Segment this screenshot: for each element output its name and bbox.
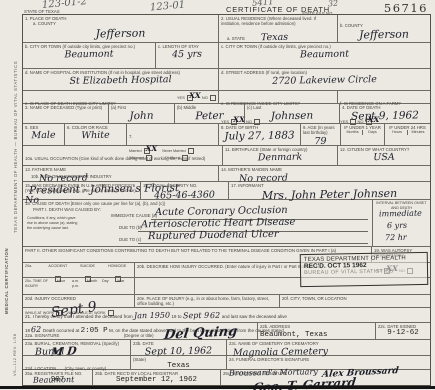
field-value: Peter [177, 110, 242, 123]
field-3b-middle-name: (b) Middle Peter [175, 104, 245, 123]
field-label: 24. FUNERAL DIRECTOR'S SIGNATURE [229, 357, 428, 362]
checkbox-no [210, 95, 216, 101]
certification-statement-row: Sept 9 21. I hereby certify that I atten… [23, 308, 430, 323]
field-label: 10a. USUAL OCCUPATION (Give kind of work… [25, 156, 205, 161]
pencil-note-2: 123-01 [150, 0, 186, 14]
field-10-occupation: 10a. USUAL OCCUPATION (Give kind of work… [23, 146, 223, 165]
field-label: 3. NAME OF DECEASED (Type or print) [25, 105, 106, 110]
conditions-note: Conditions, if any, which gave rise to a… [27, 216, 81, 230]
hours-label: Hours [387, 130, 408, 135]
field-2b-county: b. COUNTY Jefferson [338, 15, 430, 42]
interval-c: 72 hr [385, 233, 407, 242]
physician-row: 22a. SIGNATURE (Degree or title) Del Qui… [23, 323, 430, 340]
field-label: 7. [129, 134, 133, 139]
registrar-row: 25a. REGISTRAR'S FILE NO. 907 25b. DATE … [23, 370, 430, 385]
months-label: Months [343, 130, 363, 135]
field-9-under-1-year: IF UNDER 1 YEAR Months Days [341, 124, 385, 145]
usual-residence-section: 2. USUAL RESIDENCE (Where deceased lived… [219, 15, 430, 103]
location-director-row: 23d. LOCATION (City, town, or county) Be… [23, 356, 430, 370]
field-3a-first-name: (a) First John [109, 104, 175, 123]
immediate-cause-label: IMMEDIATE CAUSE (a) [111, 213, 157, 218]
field-22a-signature: 22a. SIGNATURE (Degree or title) Del Qui… [23, 323, 258, 339]
field-2c-city: c. CITY OR TOWN (If outside city limits,… [219, 43, 430, 68]
field-value: July 27, 1883 [221, 130, 298, 143]
forces-ssn-informant-row: 15. WAS DECEASED EVER IN U.S. ARMED FORC… [23, 182, 430, 200]
parents-row: 13. FATHER'S NAME No record 14. MOTHER'S… [23, 166, 430, 182]
field-label: 20f. CITY, TOWN, OR LOCATION [282, 296, 428, 301]
field-21-certification: Sept 9 21. I hereby certify that I atten… [23, 308, 430, 322]
field-24-funeral-director: 24. FUNERAL DIRECTOR'S SIGNATURE Broussa… [227, 356, 430, 369]
field-1e-inside-city-limits: e. IS PLACE OF DEATH INSIDE CITY LIMITS?… [23, 91, 218, 103]
field-25b-date-received: 25b. DATE REC'D BY LOCAL REGISTRAR Septe… [93, 370, 221, 385]
interval-b: 6 yrs [387, 221, 407, 230]
field-label: 22a. SIGNATURE [25, 333, 59, 338]
field-value: Beaumont [25, 48, 153, 61]
certify-text: and last saw the deceased alive [222, 314, 287, 319]
field-20a-accident-suicide-homicide: 20a. ACCIDENT SUICIDE HOMICIDE [23, 263, 135, 277]
section-title: 2. USUAL RESIDENCE (Where deceased lived… [221, 16, 335, 27]
days-label: Days [363, 130, 382, 135]
field-20e-place-of-injury: 20e. PLACE OF INJURY (e.g., in or about … [135, 295, 280, 307]
field-23a-burial: 23a. BURIAL, CREMATION, REMOVAL (Specify… [23, 340, 131, 355]
field-label: 20a. [25, 264, 43, 269]
field-1c-length-of-stay: c. LENGTH OF STAY 45 yrs [156, 43, 218, 68]
field-15-armed-forces: 15. WAS DECEASED EVER IN U.S. ARMED FORC… [23, 182, 141, 199]
field-value: 2720 Lakeview Circle [221, 74, 428, 89]
field-11-birthplace: 11. BIRTHPLACE (State or foreign country… [223, 146, 338, 165]
due-to-b-label: DUE TO (b) [119, 225, 142, 230]
serial-number: 56716 [384, 1, 428, 15]
handwritten-to-date: Sept 9 [183, 309, 209, 323]
field-value: Male [25, 130, 62, 142]
field-12-citizen: 12. CITIZEN OF WHAT COUNTRY? USA [338, 146, 430, 165]
cause-c-value: Ruptured Duodenal Ulcer [148, 229, 279, 242]
field-6-color-or-race: 6. COLOR OR RACE White [65, 124, 127, 145]
field-22c-date-signed: 22c. DATE SIGNED 9-12-62 [376, 323, 430, 339]
field-value: 45 yrs [158, 49, 216, 61]
field-label: 22b. ADDRESS [260, 324, 373, 329]
certificate-form: 1. PLACE OF DEATH a. COUNTY Jefferson b.… [22, 14, 431, 386]
received-stamp: TEXAS DEPARTMENT OF HEALTH REC'D. OCT 15… [300, 252, 429, 287]
field-label: 9. AGE (In years last birthday) [303, 125, 338, 136]
handwritten-from-date: Jan 1950 [134, 309, 170, 323]
field-value: Jefferson [340, 28, 428, 43]
field-2d-street-address: d. STREET ADDRESS (If rural, give locati… [219, 69, 430, 90]
field-1b-city: b. CITY OR TOWN (If outside city limits,… [23, 43, 156, 68]
stamp-line-3: BUREAU OF VITAL STATISTICS [304, 268, 424, 276]
field-20f-city-town-location: 20f. CITY, TOWN, OR LOCATION [280, 295, 430, 307]
field-value: John [111, 110, 172, 123]
scan-edge-bar [0, 386, 435, 389]
field-8-date-of-birth: 8. DATE OF BIRTH July 27, 1883 [219, 124, 301, 145]
burial-row: 23a. BURIAL, CREMATION, REMOVAL (Specify… [23, 340, 430, 356]
field-value: Texas [261, 31, 288, 42]
degree-label: (Degree or title) [124, 333, 154, 338]
field-value: Beaumont, Texas [260, 331, 373, 339]
field-4-date-of-death: 4. DATE OF DEATH Sept 9, 1962 [340, 104, 430, 123]
interval-a: immediate [379, 209, 422, 219]
to-label: to [178, 314, 182, 319]
field-value: White [67, 130, 124, 142]
field-label: 18. CAUSE OF DEATH [Enter only one cause… [25, 201, 165, 206]
field-7-marital-status: 7. Married XX Never Married Widowed Divo… [127, 124, 219, 145]
field-value: September 12, 1962 [95, 376, 218, 384]
field-2a-state: 2. USUAL RESIDENCE (Where deceased lived… [219, 15, 338, 42]
field-2f-residence-on-farm: f. IS RESIDENCE ON A FARM? YES NO XX [338, 91, 430, 103]
field-value: 9-12-62 [378, 329, 428, 337]
field-3-name-of-deceased: 3. NAME OF DECEASED (Type or print) [23, 104, 109, 123]
header: 123-01-2 123-01 5411 32 STATE OF TEXAS C… [0, 0, 435, 14]
field-23d-location-city: 23d. LOCATION (City, town, or county) Be… [23, 356, 131, 369]
field-label: 16. SOCIAL SECURITY NO. [143, 183, 226, 188]
field-22b-address: 22b. ADDRESS Beaumont, Texas [258, 323, 376, 339]
homicide-label: HOMICIDE [102, 264, 132, 269]
field-1d-hospital: d. NAME OF HOSPITAL OR INSTITUTION (If n… [23, 69, 218, 90]
due-to-c-label: DUE TO (c) [119, 237, 141, 242]
no-label: NO [202, 95, 208, 100]
field-label: PART II. OTHER SIGNIFICANT CONDITIONS CO… [25, 248, 369, 253]
hour-label: Hour [57, 279, 72, 289]
field-9-under-24-hrs: IF UNDER 24 HRS Hours Minutes [385, 124, 430, 145]
month-label: Month [87, 279, 102, 289]
margin-form-number: VS—112 REV. 1/58 [13, 326, 17, 376]
year-label: Year [117, 279, 132, 289]
interval-column: INTERVAL BETWEEN ONSET AND DEATH immedia… [372, 200, 430, 246]
field-20c-time-of-injury: 20c. TIME OF INJURY Hour a.m. p.m. Month… [23, 278, 135, 294]
margin-department-text: TEXAS DEPARTMENT OF HEALTH — BUREAU OF V… [13, 18, 18, 233]
ampm-label: a.m. p.m. [72, 279, 87, 289]
field-label: 20c. TIME OF INJURY [25, 279, 57, 289]
field-25a-registrar-file-no: 25a. REGISTRAR'S FILE NO. 907 [23, 370, 93, 385]
field-value: Beaumont [221, 48, 428, 63]
field-9-age: 9. AGE (In years last birthday) 79 [301, 124, 341, 145]
field-25c-registrar-signature: 25c. REGISTRAR'S SIGNATURE Geo. T. Garra… [221, 370, 430, 385]
field-5-sex: 5. SEX Male [23, 124, 65, 145]
field-label: 25c. REGISTRAR'S SIGNATURE [223, 371, 428, 376]
field-23d-location-state: (State) Texas [131, 356, 227, 369]
field-value: 907 [25, 376, 90, 384]
suicide-label: SUICIDE [73, 264, 103, 269]
margin-medical-certification-text: MEDICAL CERTIFICATION [4, 228, 9, 314]
field-2e-inside-city-limits: e. IS RESIDENCE INSIDE CITY LIMITS? YES … [219, 91, 338, 103]
demographics-row: 5. SEX Male 6. COLOR OR RACE White 7. Ma… [23, 124, 430, 146]
field-value: Denmark [225, 151, 335, 164]
field-3c-last-name: (c) Last Johnsen [245, 104, 340, 123]
field-14-mother-maiden-name: 14. MOTHER'S MAIDEN NAME No record [219, 166, 430, 181]
field-value: Johnsen [247, 110, 337, 124]
minutes-label: Minutes [408, 130, 428, 135]
field-13-father-name: 13. FATHER'S NAME No record [23, 166, 219, 181]
year-19: 19 [171, 314, 176, 319]
part1-label: PART I. DEATH WAS CAUSED BY: [33, 207, 101, 212]
field-value: Sept 9, 1962 [342, 110, 428, 123]
occupation-row: 10a. USUAL OCCUPATION (Give kind of work… [23, 146, 430, 166]
field-label: 20e. PLACE OF INJURY (e.g., in or about … [137, 296, 277, 307]
field-1a-county: 1. PLACE OF DEATH a. COUNTY Jefferson [23, 15, 218, 42]
place-and-residence-row: 1. PLACE OF DEATH a. COUNTY Jefferson b.… [23, 15, 430, 104]
place-of-death-section: 1. PLACE OF DEATH a. COUNTY Jefferson b.… [23, 15, 219, 103]
accident-label: ACCIDENT [43, 264, 73, 269]
day-label: Day [102, 279, 117, 289]
field-17-informant: 17. INFORMANT Mrs. John Peter Johnsen [229, 182, 430, 199]
handwritten-xx-mark: XX [189, 91, 201, 100]
death-certificate-scan: TEXAS DEPARTMENT OF HEALTH — BUREAU OF V… [0, 0, 435, 390]
field-value: USA [340, 152, 428, 165]
yes-label: YES [177, 95, 185, 100]
field-23c-cemetery: 23c. NAME OF CEMETERY OR CREMATORY Magno… [227, 340, 430, 355]
field-label: a. STATE [227, 36, 245, 41]
handwritten-year: 62 [210, 309, 220, 323]
field-23b-date: 23b. DATE Sept 10, 1962 [131, 340, 227, 355]
field-16-social-security-no: 16. SOCIAL SECURITY NO. 465-46-4360 [141, 182, 229, 199]
field-value: St Elizabeth Hospital [25, 74, 216, 88]
field-18-cause-of-death: 18. CAUSE OF DEATH [Enter only one cause… [23, 200, 430, 247]
name-row: 3. NAME OF DECEASED (Type or print) (a) … [23, 104, 430, 124]
field-value: Jefferson [25, 25, 216, 41]
